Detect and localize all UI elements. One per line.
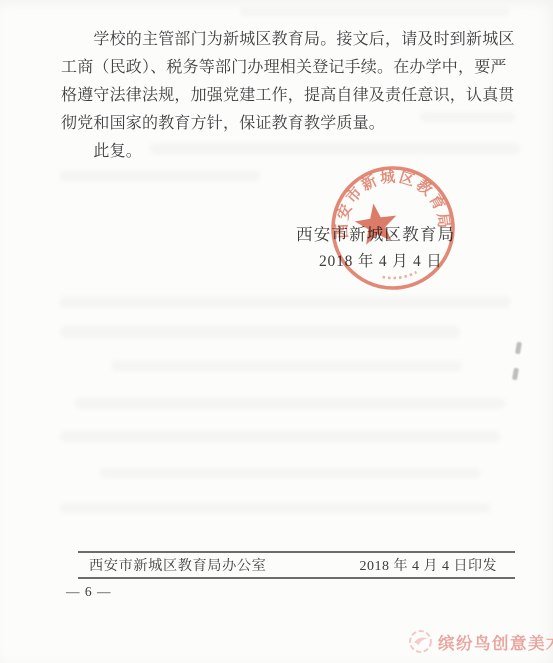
seal-serial-marks [383, 272, 417, 280]
footer-divider-top [78, 551, 515, 553]
scan-artifact [60, 296, 510, 308]
body-text-line: 学校的主管部门为新城区教育局。接文后，请及时到新城区 [61, 26, 513, 54]
body-text-line: 彻党和国家的教育方针，保证教育教学质量。 [61, 110, 513, 138]
scan-artifact [60, 503, 490, 513]
body-text-line: 格遵守法律法规，加强党建工作，提高自律及责任意识，认真贯 [61, 82, 513, 110]
scan-artifact [60, 326, 460, 338]
scan-artifact [512, 368, 519, 381]
body-text: 学校的主管部门为新城区教育局。接文后，请及时到新城区工商（民政）、税务等部门办理… [61, 26, 513, 166]
watermark: 缤纷鸟创意美术 [408, 629, 553, 654]
watermark-text: 缤纷鸟创意美术 [438, 630, 553, 654]
scan-artifact [112, 361, 462, 371]
seal-arc-text: 西安市新城区教育局 [326, 160, 453, 246]
svg-text:西安市新城区教育局: 西安市新城区教育局 [326, 160, 453, 246]
scan-artifact [75, 398, 505, 409]
scan-artifact [240, 8, 510, 16]
body-text-line: 工商（民政）、税务等部门办理相关登记手续。在办学中，要严 [61, 54, 513, 82]
footer-office: 西安市新城区教育局办公室 [89, 555, 266, 575]
page-number: — 6 — [66, 584, 112, 600]
scan-artifact [60, 171, 260, 181]
bird-logo-icon [408, 629, 433, 654]
footer-print-date: 2018 年 4 月 4 日印发 [360, 555, 498, 575]
official-seal-stamp: 西安市新城区教育局 [318, 153, 467, 302]
footer-divider-bottom [78, 577, 515, 579]
scan-artifact [100, 468, 480, 478]
scan-artifact [515, 342, 522, 355]
document-page: 学校的主管部门为新城区教育局。接文后，请及时到新城区工商（民政）、税务等部门办理… [0, 0, 553, 663]
star-icon [353, 201, 400, 246]
scan-artifact [60, 431, 500, 442]
